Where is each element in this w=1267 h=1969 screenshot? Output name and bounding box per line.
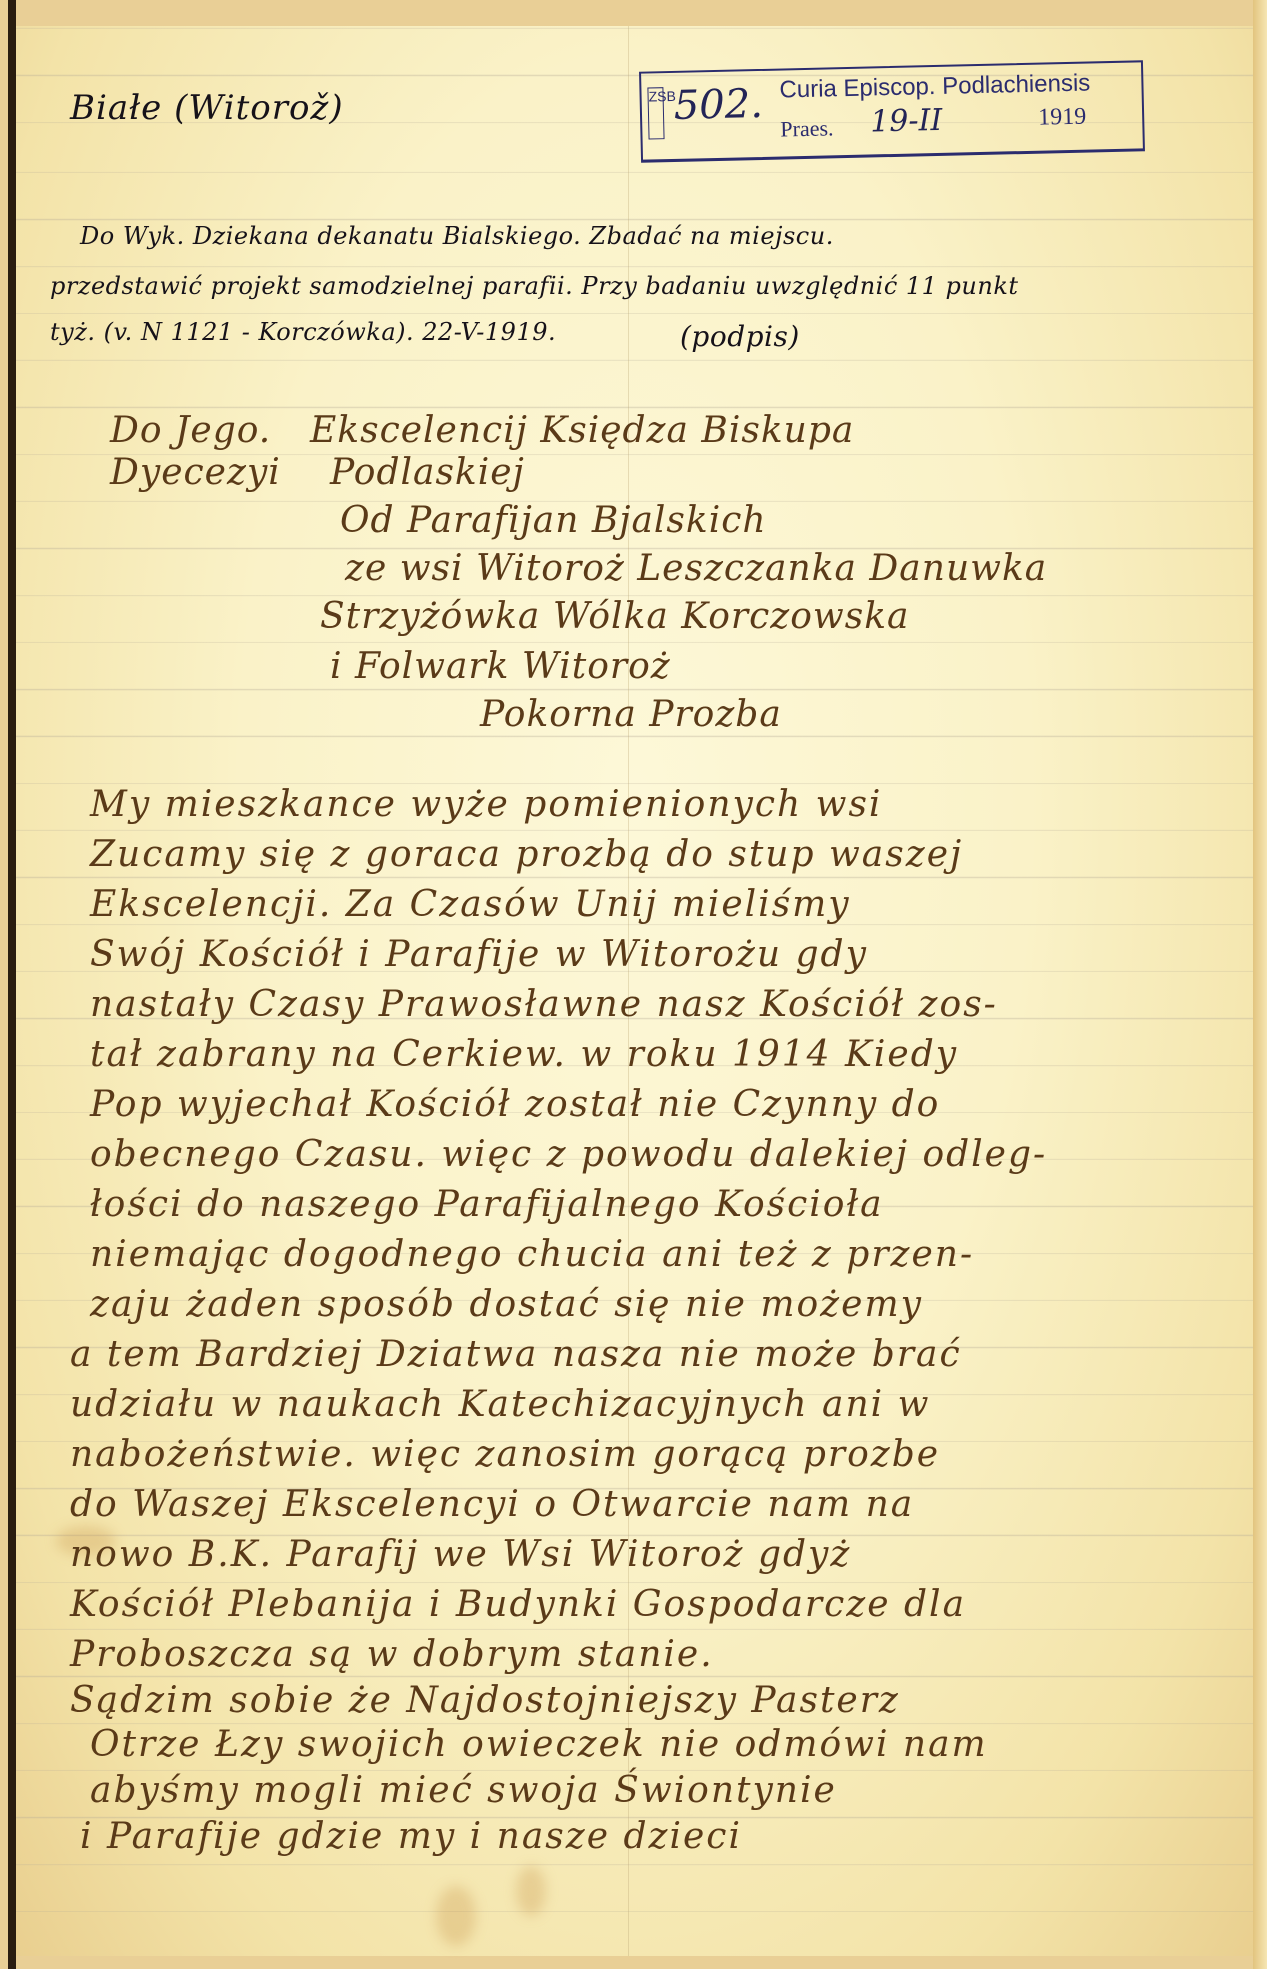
body-line: nowo B.K. Parafij we Wsi Witoroż gdyż	[70, 1534, 851, 1575]
body-line: a tem Bardziej Dziatwa nasza nie może br…	[70, 1334, 962, 1375]
body-line: do Waszej Ekscelencyi o Otwarcie nam na	[70, 1484, 914, 1525]
address-line: Podlaskiej	[330, 452, 525, 493]
body-line: Kościół Plebanija i Budynki Gospodarcze …	[70, 1584, 966, 1625]
archive-reference: Białe (Witorož)	[70, 88, 344, 128]
adjacent-page-edge	[1253, 0, 1267, 1969]
body-line: tał zabrany na Cerkiew. w roku 1914 Kied…	[90, 1034, 958, 1075]
body-line: Swój Kościół i Parafije w Witorożu gdy	[90, 934, 868, 975]
body-line: Zucamy się z goraca prozbą do stup wasze…	[90, 834, 963, 875]
stamp-mark: ZSB	[647, 87, 664, 139]
stamp-year: 1919	[1038, 104, 1087, 132]
body-line: obecnego Czasu. więc z powodu dalekiej o…	[90, 1134, 1047, 1175]
body-line: zaju żaden sposób dostać się nie możemy	[90, 1284, 923, 1325]
ink-stain	[516, 1866, 546, 1916]
annotation-line: Do Wyk. Dziekana dekanatu Bialskiego. Zb…	[80, 222, 834, 250]
body-line: Sądzim sobie że Najdostojniejszy Pasterz	[70, 1680, 900, 1721]
address-left-line: Dyecezyi	[110, 452, 281, 493]
curia-stamp: ZSB 502. Curia Episcop. Podlachiensis Pr…	[639, 60, 1145, 162]
address-line: i Folwark Witoroż	[330, 646, 671, 687]
ink-stain	[436, 1886, 476, 1946]
body-line: łości do naszego Parafijalnego Kościoła	[90, 1184, 884, 1225]
address-line: Ekscelencij Księdza Biskupa	[310, 410, 854, 451]
body-line: niemając dogodnego chucia ani też z prze…	[90, 1234, 974, 1275]
body-line: udziału w naukach Katechizacyjnych ani w	[70, 1384, 930, 1425]
body-line: nastały Czasy Prawosławne nasz Kościół z…	[90, 984, 998, 1025]
stamp-institution: Curia Episcop. Podlachiensis	[779, 69, 1090, 104]
body-line: nabożeństwie. więc zanosim gorącą prozbe	[70, 1434, 940, 1475]
body-line: Ekscelencji. Za Czasów Unij mieliśmy	[90, 884, 851, 925]
address-title: Pokorna Prozba	[480, 694, 782, 735]
address-line: Strzyżówka Wólka Korczowska	[320, 596, 909, 637]
body-line: Pop wyjechał Kościół został nie Czynny d…	[90, 1084, 940, 1125]
address-left-line: Do Jego.	[110, 410, 271, 451]
address-line: ze wsi Witoroż Leszczanka Danuwka	[345, 548, 1047, 589]
body-line: i Parafije gdzie my i nasze dzieci	[80, 1816, 742, 1857]
body-line: abyśmy mogli mieć swoja Świontynie	[90, 1770, 837, 1811]
body-line: My mieszkance wyże pomienionych wsi	[90, 784, 882, 825]
annotation-line: przedstawić projekt samodzielnej parafii…	[50, 272, 1019, 300]
body-line: Proboszcza są w dobrym stanie.	[70, 1634, 714, 1675]
stamp-praes-label: Praes.	[780, 115, 834, 142]
address-line: Od Parafijan Bjalskich	[340, 500, 767, 541]
stamp-number: 502.	[673, 81, 763, 129]
annotation-signature: (podpis)	[680, 320, 800, 353]
body-line: Otrze Łzy swojich owieczek nie odmówi na…	[90, 1724, 988, 1765]
annotation-line: tyż. (v. N 1121 - Korczówka). 22-V-1919.	[50, 318, 556, 346]
stamp-date: 19-II	[870, 103, 943, 140]
notebook-binding	[8, 0, 16, 1969]
